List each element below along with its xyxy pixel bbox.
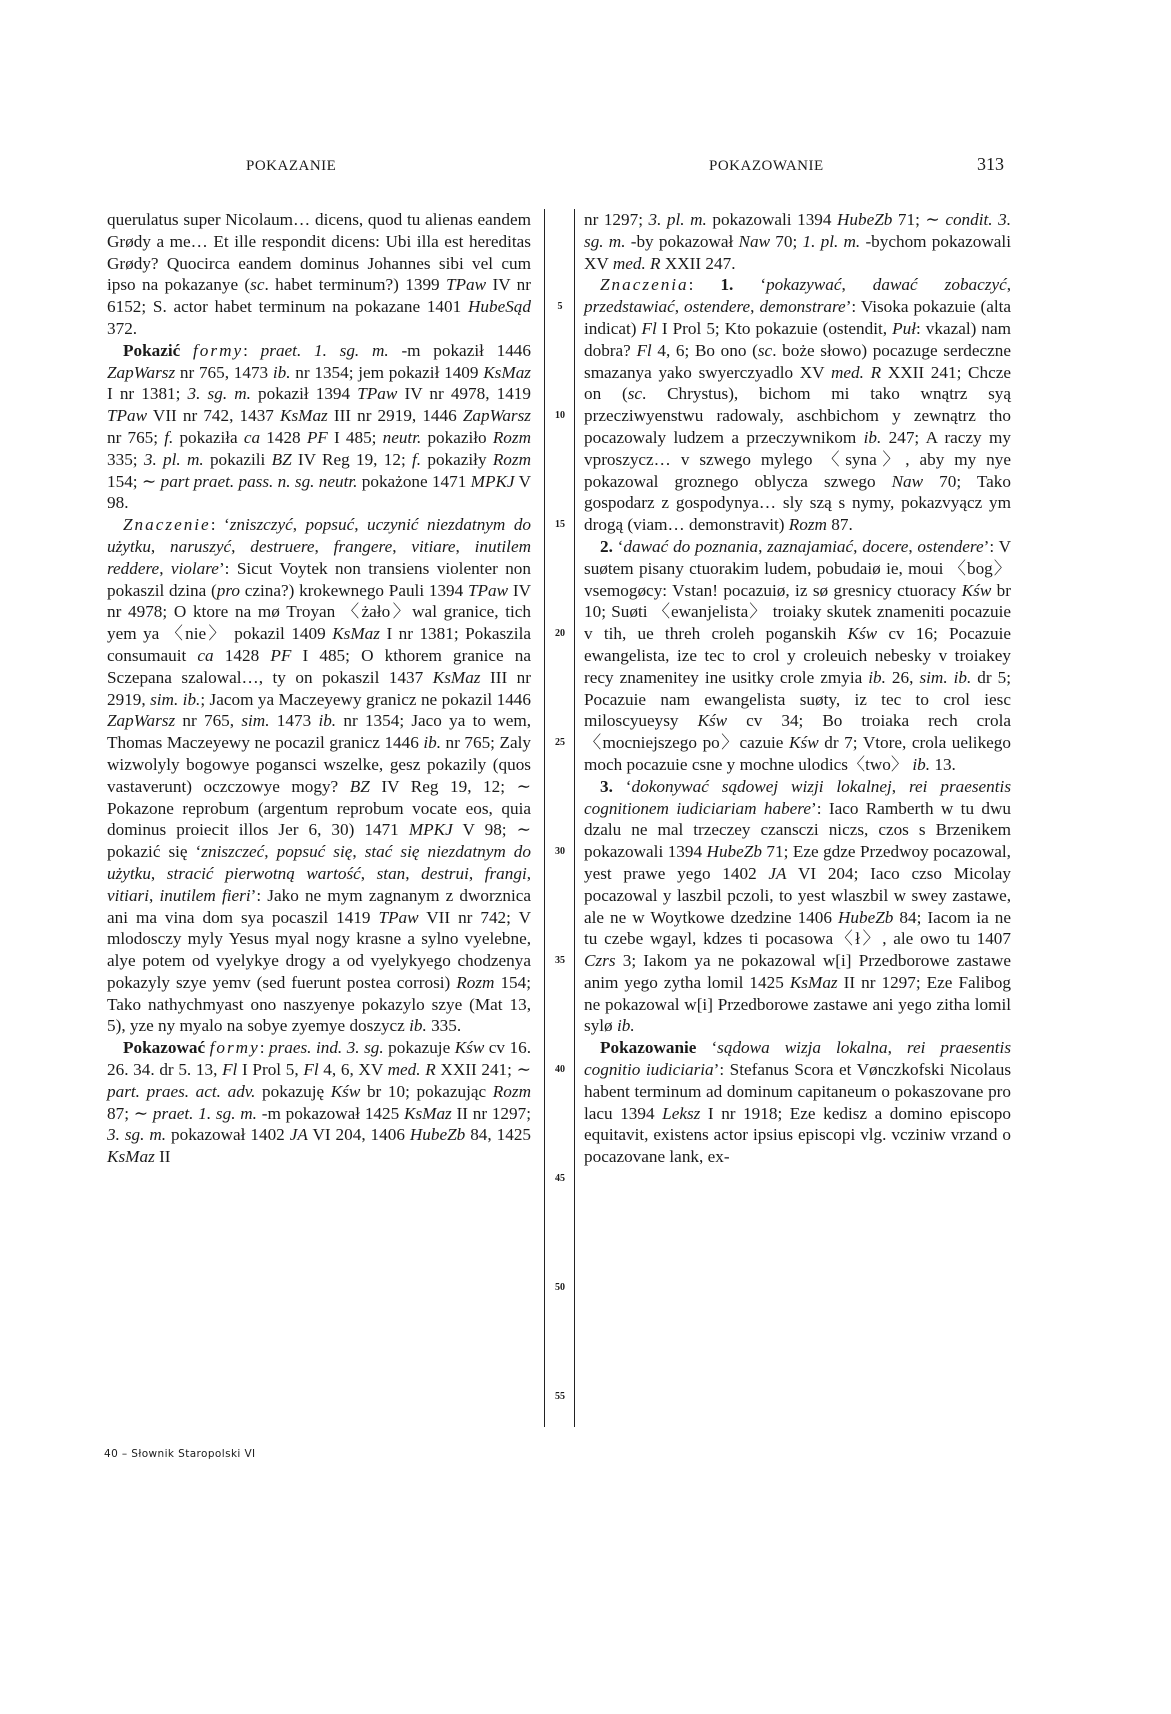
entry-paragraph: Pokazowanie ‘sądowa wizja lokalna, rei p… (584, 1037, 1011, 1168)
line-number: 5 (549, 301, 571, 312)
column-rule-right (574, 209, 575, 1427)
entry-paragraph: nr 1297; 3. pl. m. pokazowali 1394 HubeZ… (584, 209, 1011, 274)
line-number: 50 (549, 1282, 571, 1293)
entry-paragraph: Znaczenia: 1. ‘pokazywać, dawać zobaczyć… (584, 274, 1011, 536)
line-number: 35 (549, 955, 571, 966)
left-column: querulatus super Nicolaum… dicens, quod … (107, 209, 531, 1168)
line-number: 10 (549, 410, 571, 421)
line-number: 25 (549, 737, 571, 748)
running-head-left: POKAZANIE (246, 158, 336, 175)
running-head-right: POKAZOWANIE (709, 158, 824, 175)
line-number: 40 (549, 1064, 571, 1075)
entry-paragraph: Pokazować formy: praes. ind. 3. sg. poka… (107, 1037, 531, 1168)
entry-paragraph: 2. ‘dawać do poznania, zaznajamiać, doce… (584, 536, 1011, 776)
entry-paragraph: querulatus super Nicolaum… dicens, quod … (107, 209, 531, 340)
entry-paragraph: Pokazić formy: praet. 1. sg. m. -m pokaz… (107, 340, 531, 514)
line-number: 55 (549, 1391, 571, 1402)
line-number: 30 (549, 846, 571, 857)
entry-paragraph: Znaczenie: ‘zniszczyć, popsuć, uczynić n… (107, 514, 531, 1037)
line-number: 20 (549, 628, 571, 639)
signature-footer: 40 – Słownik Staropolski VI (104, 1448, 256, 1460)
page-number: 313 (977, 154, 1004, 175)
right-column: nr 1297; 3. pl. m. pokazowali 1394 HubeZ… (584, 209, 1011, 1168)
line-number: 15 (549, 519, 571, 530)
entry-paragraph: 3. ‘dokonywać sądowej wizji lokalnej, re… (584, 776, 1011, 1038)
column-rule-left (544, 209, 545, 1427)
line-number: 45 (549, 1173, 571, 1184)
